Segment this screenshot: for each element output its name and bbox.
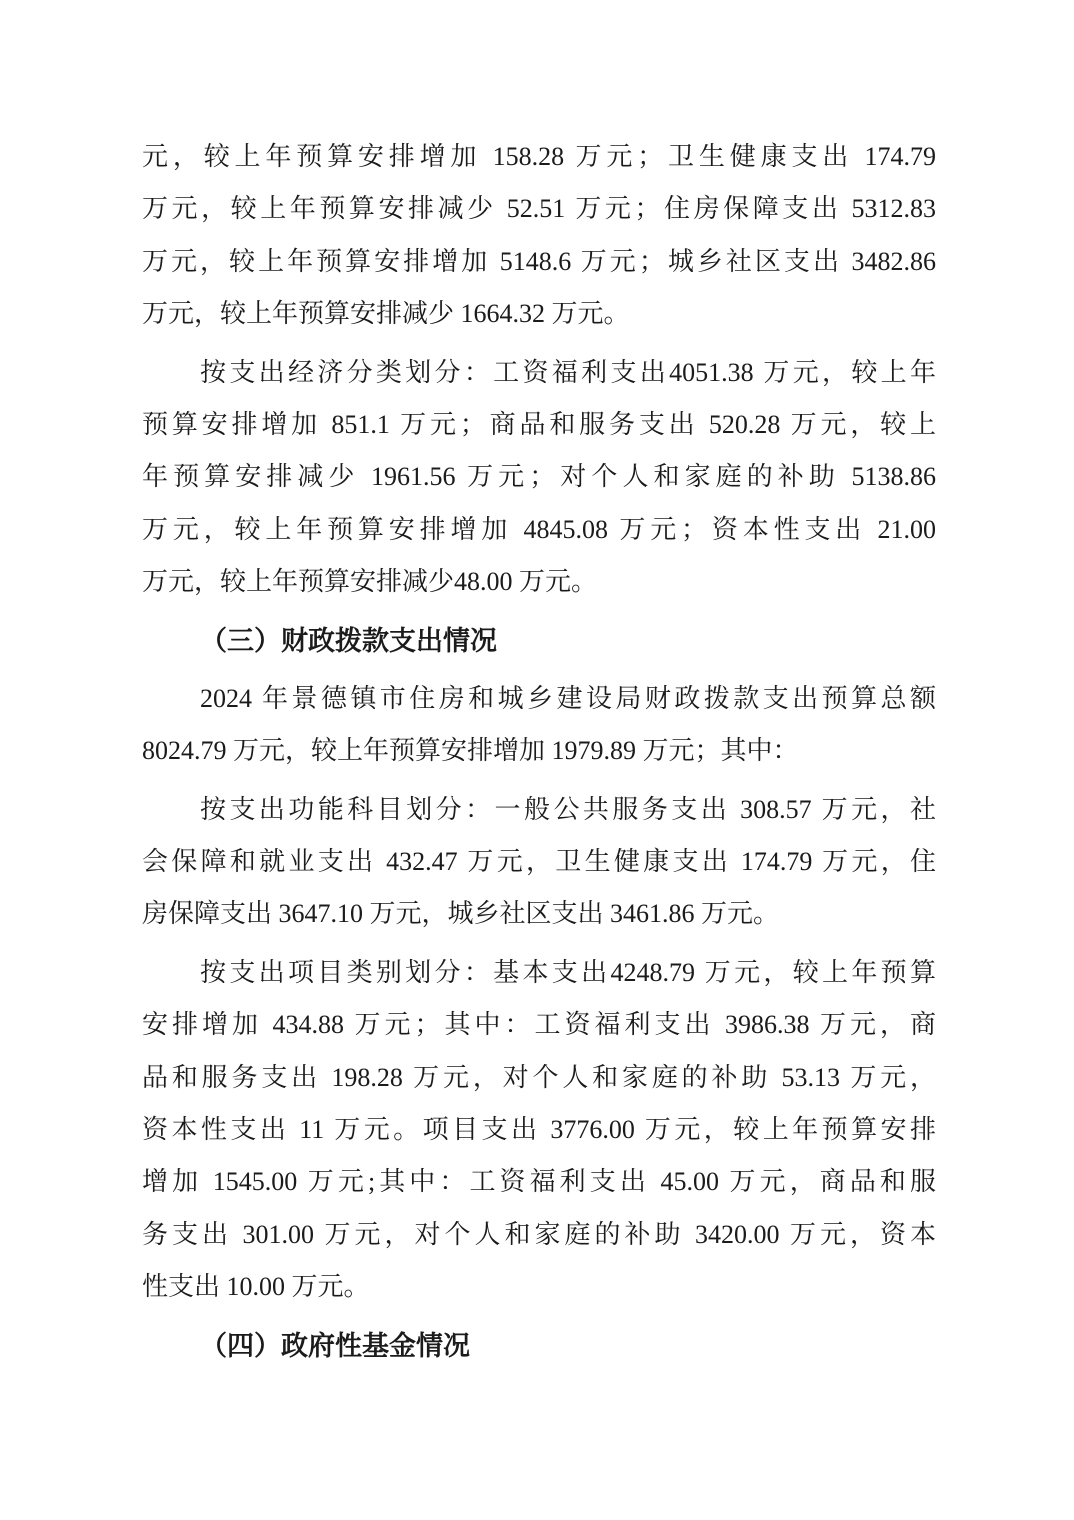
text-line: 万元，较上年预算安排减少 52.51 万元；住房保障支出 5312.83 [142, 183, 936, 235]
text-line: 8024.79 万元，较上年预算安排增加 1979.89 万元；其中： [142, 725, 936, 777]
text-line: 务支出 301.00 万元，对个人和家庭的补助 3420.00 万元，资本 [142, 1209, 936, 1261]
body-paragraph: 按支出功能科目划分：一般公共服务支出 308.57 万元，社会保障和就业支出 4… [142, 784, 936, 941]
text-line: 元，较上年预算安排增加 158.28 万元；卫生健康支出 174.79 [142, 131, 936, 183]
body-paragraph: 2024 年景德镇市住房和城乡建设局财政拨款支出预算总额8024.79 万元，较… [142, 673, 936, 778]
text-line: 会保障和就业支出 432.47 万元，卫生健康支出 174.79 万元，住 [142, 836, 936, 888]
section-heading-text: （三）财政拨款支出情况 [142, 615, 936, 667]
text-line: 万元，较上年预算安排增加 4845.08 万元；资本性支出 21.00 [142, 504, 936, 556]
text-line: 性支出 10.00 万元。 [142, 1261, 936, 1313]
text-line: 万元，较上年预算安排减少 1664.32 万元。 [142, 288, 936, 340]
text-line: 资本性支出 11 万元。项目支出 3776.00 万元，较上年预算安排 [142, 1104, 936, 1156]
text-line: 万元，较上年预算安排增加 5148.6 万元；城乡社区支出 3482.86 [142, 236, 936, 288]
document-page: 元，较上年预算安排增加 158.28 万元；卫生健康支出 174.79万元，较上… [0, 0, 1074, 1520]
text-line: 万元，较上年预算安排减少48.00 万元。 [142, 556, 936, 608]
text-line: 按支出经济分类划分：工资福利支出4051.38 万元，较上年 [142, 347, 936, 399]
text-line: 年预算安排减少 1961.56 万元；对个人和家庭的补助 5138.86 [142, 451, 936, 503]
body-paragraph: 按支出项目类别划分：基本支出4248.79 万元，较上年预算安排增加 434.8… [142, 947, 936, 1314]
text-line: 按支出项目类别划分：基本支出4248.79 万元，较上年预算 [142, 947, 936, 999]
section-heading-text: （四）政府性基金情况 [142, 1320, 936, 1372]
text-line: 房保障支出 3647.10 万元，城乡社区支出 3461.86 万元。 [142, 888, 936, 940]
text-line: 预算安排增加 851.1 万元；商品和服务支出 520.28 万元，较上 [142, 399, 936, 451]
document-body: 元，较上年预算安排增加 158.28 万元；卫生健康支出 174.79万元，较上… [142, 131, 936, 1372]
text-line: 2024 年景德镇市住房和城乡建设局财政拨款支出预算总额 [142, 673, 936, 725]
text-line: 增加 1545.00 万元;其中：工资福利支出 45.00 万元，商品和服 [142, 1156, 936, 1208]
text-line: 品和服务支出 198.28 万元，对个人和家庭的补助 53.13 万元， [142, 1052, 936, 1104]
text-line: 按支出功能科目划分：一般公共服务支出 308.57 万元，社 [142, 784, 936, 836]
body-paragraph: 元，较上年预算安排增加 158.28 万元；卫生健康支出 174.79万元，较上… [142, 131, 936, 341]
body-paragraph: 按支出经济分类划分：工资福利支出4051.38 万元，较上年预算安排增加 851… [142, 347, 936, 609]
text-line: 安排增加 434.88 万元；其中：工资福利支出 3986.38 万元，商 [142, 999, 936, 1051]
section-heading: （四）政府性基金情况 [142, 1320, 936, 1372]
section-heading: （三）财政拨款支出情况 [142, 615, 936, 667]
